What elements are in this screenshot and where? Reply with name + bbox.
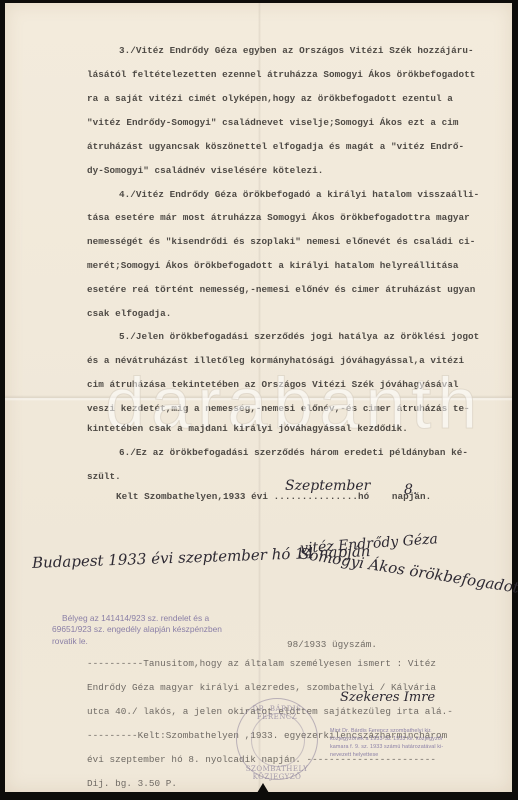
typed-line: 3./Vitéz Endrődy Géza egyben az Országos… (119, 45, 474, 56)
stamp-duty-line: 69651/923 sz. engedély alapján készpénzb… (52, 624, 222, 635)
typed-line: lásától feltételezetten ezennel átruházz… (87, 69, 475, 80)
typed-line: 4./Vitéz Endrődy Géza örökbefogadó a kir… (119, 189, 479, 200)
seal-coat-of-arms-icon (251, 713, 305, 767)
notary-caption-line: nevezett helyettese (330, 752, 378, 760)
typed-line: átruházást ugyancsak köszönettel elfogad… (87, 141, 464, 152)
notary-seal: DR. BÁRDIS FERENCZ SZOMBATHELY KÖZJEGYZŐ (236, 698, 318, 780)
typed-line: csak elfogadja. (87, 308, 171, 319)
typed-line: tása esetére már most átruházza Somogyi … (87, 212, 470, 223)
notary-caption-line: közjegyzőnek a 1933-SZ 1933 kir. közjegy… (330, 736, 442, 744)
seal-bottom-text: SZOMBATHELY KÖZJEGYZŐ (237, 765, 317, 781)
typed-line: merét;Somogyi Ákos örökbefogadott a kirá… (87, 260, 459, 271)
date-line: Kelt Szombathelyen,1933 évi ............… (116, 491, 431, 502)
notary-clause-line: ----------Tanusitom,hogy az általam szem… (87, 658, 436, 669)
typed-line: ra a saját vitézi cimét olyképen,hogy az… (87, 93, 453, 104)
register-number: 98/1933 ügyszám. (287, 639, 377, 650)
document-page: 3./Vitéz Endrődy Géza egyben az Országos… (5, 3, 512, 792)
typed-line: nemességét és "kisendrődi és szoplaki" n… (87, 236, 475, 247)
notary-caption-line: Mint Dr. Bárdis Ferencz szombathelyi kir… (330, 728, 432, 736)
typed-line: kintetében csak a majdani királyi jóváha… (87, 423, 408, 434)
handwritten-day: 8. (404, 482, 417, 498)
paper-tear (257, 783, 269, 793)
handwritten-month: Szeptember (285, 478, 370, 494)
typed-line: 5./Jelen örökbefogadási szerződés jogi h… (119, 331, 479, 342)
typed-line: dy-Somogyi" családnév viselésére kötelez… (87, 165, 323, 176)
typed-line: 6./Ez az örökbefogadási szerződés három … (119, 447, 468, 458)
stamp-duty-line: rovatik le. (52, 636, 88, 647)
stamp-duty-line: Bélyeg az 141414/923 sz. rendelet és a (62, 613, 209, 624)
fee-line: Dij. bg. 3.50 P. (87, 778, 177, 789)
notary-caption-line: kamara f. 9. sz. 1933 számú határozatáva… (330, 744, 443, 752)
typed-line: szült. (87, 471, 121, 482)
notary-signature: Szekeres Imre (340, 690, 435, 705)
typed-line: esetére reá történt nemesség,-nemesi elő… (87, 284, 475, 295)
typed-line: "vitéz Endrődy-Somogyi" családnevet vise… (87, 117, 459, 128)
